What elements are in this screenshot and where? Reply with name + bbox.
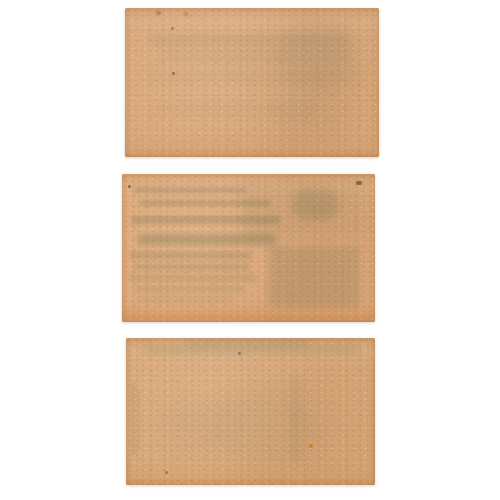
orange-fleck xyxy=(309,444,313,448)
banknote-reverse-bottom xyxy=(126,338,375,485)
ghost-script-line xyxy=(134,187,246,193)
foxing-spot xyxy=(171,27,174,30)
ghost-smudge-band xyxy=(144,346,359,354)
ghost-smudge-band xyxy=(160,52,350,62)
ghost-script-line xyxy=(132,216,280,224)
ghost-blotch xyxy=(277,22,355,88)
ghost-vertical-streak xyxy=(292,376,299,460)
foxing-spot xyxy=(184,12,188,16)
ghost-seal xyxy=(292,188,338,220)
ghost-blotch xyxy=(156,393,226,453)
ghost-smudge-band xyxy=(153,104,313,114)
ghost-script-line xyxy=(134,264,250,270)
ghost-script-line xyxy=(130,275,256,281)
foxing-spot xyxy=(156,11,161,15)
foxing-spot xyxy=(165,471,168,474)
ghost-script-line xyxy=(140,200,270,206)
ghost-blotch xyxy=(275,88,345,138)
pink-tint-area xyxy=(125,8,195,157)
ghost-frame-line xyxy=(138,390,140,450)
ghost-script-line xyxy=(130,252,252,259)
ink-speck xyxy=(238,352,241,355)
ink-speck xyxy=(128,185,131,188)
ink-dot xyxy=(356,181,362,185)
banknote-photo xyxy=(0,0,500,500)
ghost-vignette-block xyxy=(268,246,360,308)
ghost-script-line xyxy=(138,297,234,302)
ghost-smudge-band xyxy=(145,72,360,83)
ghost-script-line xyxy=(138,234,276,245)
warm-bottom-edge xyxy=(122,311,375,322)
ink-speck xyxy=(172,72,175,75)
ghost-frame-line xyxy=(132,383,135,455)
banknote-reverse-top xyxy=(125,8,379,157)
ghost-speckle-area xyxy=(242,180,366,238)
ghost-smudge-band xyxy=(186,340,306,346)
ghost-blotch xyxy=(214,390,319,462)
ghost-script-line xyxy=(134,286,244,292)
ghost-smudge-band xyxy=(150,34,350,46)
banknote-reverse-middle xyxy=(122,174,375,322)
